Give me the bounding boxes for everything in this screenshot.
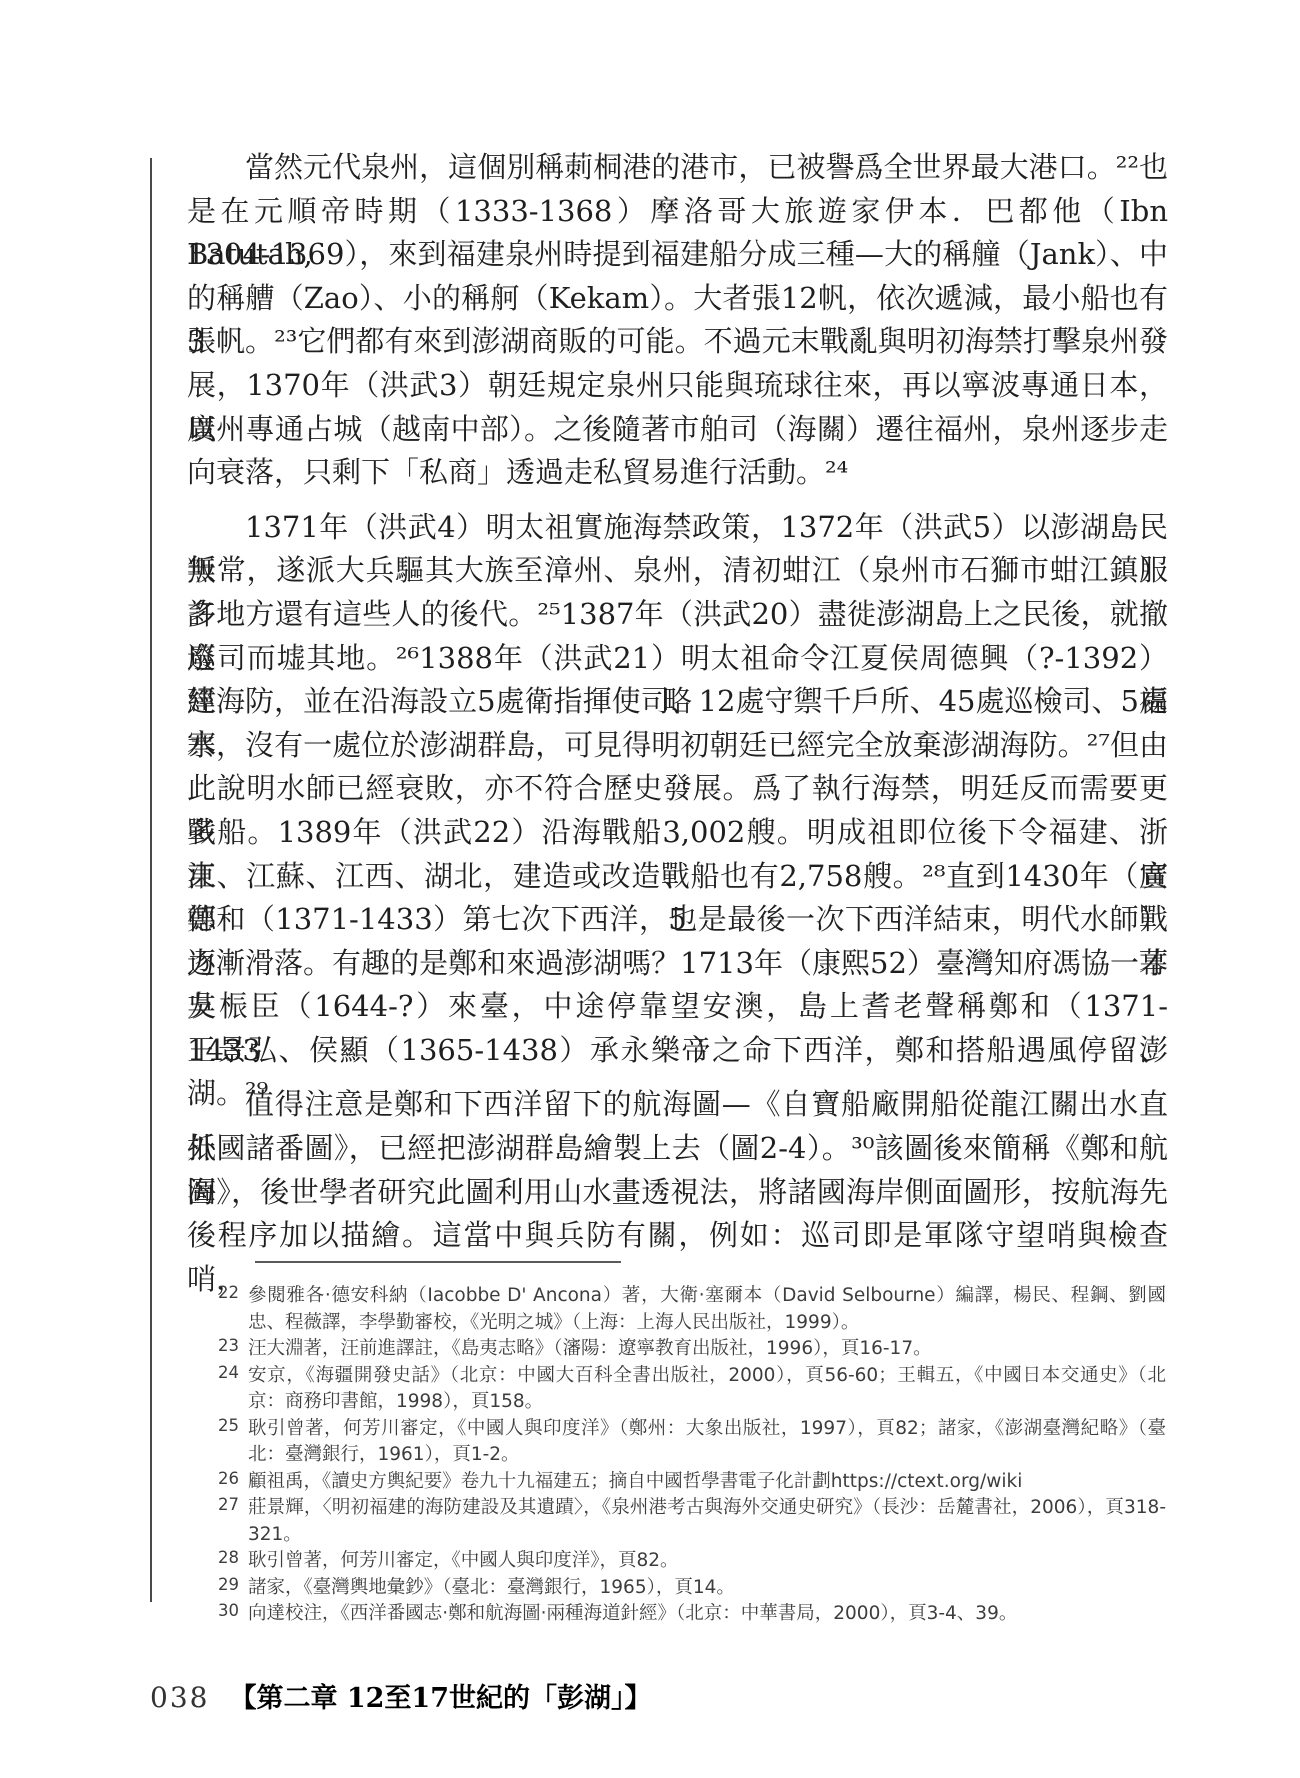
body-line: 此說明水師已經衰敗，亦不符合歷史發展。爲了執行海禁，明廷反而需要更多 xyxy=(187,767,1168,811)
body-line: 建海防，並在沿海設立5處衛指揮使司、12處守禦千戶所、45處巡檢司、5處水 xyxy=(187,680,1168,724)
footnotes: 22參閱雅各·德安科納（Iacobbe D' Ancona）著，大衛·塞爾本（D… xyxy=(218,1283,1166,1628)
paragraph: 值得注意是鄭和下西洋留下的航海圖—《自寶船廠開船從龍江關出水直抵外國諸番圖》，已… xyxy=(187,1083,1168,1257)
footnote-text: 耿引曾著，何芳川審定，《中國人與印度洋》（鄭州：大象出版社，1997），頁82；… xyxy=(248,1418,1166,1466)
footnote: 22參閱雅各·德安科納（Iacobbe D' Ancona）著，大衛·塞爾本（D… xyxy=(218,1283,1166,1336)
footnote-text: 向達校注，《西洋番國志·鄭和航海圖·兩種海道針經》（北京：中華書局，2000），… xyxy=(248,1603,1017,1624)
body-line: 寨，沒有一處位於澎湖群島，可見得明初朝廷已經完全放棄澎湖海防。²⁷但由 xyxy=(187,724,1168,768)
body-line: 戰船。1389年（洪武22）沿海戰船3,002艘。明成祖即位後下令福建、浙江、廣 xyxy=(187,811,1168,855)
body-line: 值得注意是鄭和下西洋留下的航海圖—《自寶船廠開船從龍江關出水直抵 xyxy=(187,1083,1168,1127)
chapter-title: 【第二章 12至17世紀的「彭湖」】 xyxy=(229,1683,651,1714)
paragraph: 1371年（洪武4）明太祖實施海禁政策，1372年（洪武5）以澎湖島民叛服無常，… xyxy=(187,506,1168,1073)
footnote-separator xyxy=(255,1261,621,1263)
body-line: 巡司而墟其地。²⁶1388年（洪武21）明太祖命令江夏侯周德興（?-1392）經… xyxy=(187,637,1168,681)
footnote-number: 25 xyxy=(218,1413,239,1440)
footnote-text: 莊景輝，〈明初福建的海防建設及其遺蹟〉，《泉州港考古與海外交通史研究》（長沙：岳… xyxy=(248,1497,1166,1545)
footnote-text: 耿引曾著，何芳川審定，《中國人與印度洋》，頁82。 xyxy=(248,1550,679,1571)
footnote-number: 22 xyxy=(218,1280,239,1307)
body-line: 是在元順帝時期（1333-1368）摩洛哥大旅遊家伊本．巴都他（Ibn Batu… xyxy=(187,190,1168,234)
body-line: 外國諸番圖》，已經把澎湖群島繪製上去（圖2-4）。³⁰該圖後來簡稱《鄭和航海 xyxy=(187,1127,1168,1171)
footnote-text: 諸家，《臺灣輿地彙鈔》（臺北：臺灣銀行，1965），頁14。 xyxy=(248,1577,735,1598)
footnote-text: 參閱雅各·德安科納（Iacobbe D' Ancona）著，大衛·塞爾本（Dav… xyxy=(248,1285,1166,1333)
footnote: 30向達校注，《西洋番國志·鄭和航海圖·兩種海道針經》（北京：中華書局，2000… xyxy=(218,1601,1166,1628)
footnote: 25耿引曾著，何芳川審定，《中國人與印度洋》（鄭州：大象出版社，1997），頁8… xyxy=(218,1416,1166,1469)
book-page: 當然元代泉州，這個別稱莿桐港的港市，已被譽爲全世界最大港口。²²也是在元順帝時期… xyxy=(0,0,1300,1778)
page-number: 038 xyxy=(150,1681,209,1714)
body-line: 無常，遂派大兵驅其大族至漳州、泉州，清初蚶江（泉州市石獅市蚶江鎮）許 xyxy=(187,549,1168,593)
footnote-text: 安京，《海疆開發史話》（北京：中國大百科全書出版社，2000），頁56-60；王… xyxy=(248,1365,1166,1413)
footnote-number: 29 xyxy=(218,1572,239,1599)
footnote-number: 24 xyxy=(218,1360,239,1387)
footnote-number: 23 xyxy=(218,1333,239,1360)
body-line: 展，1370年（洪武3）朝廷規定泉州只能與琉球往來，再以寧波專通日本，以 xyxy=(187,364,1168,408)
footnote-number: 26 xyxy=(218,1466,239,1493)
footnote: 26顧祖禹，《讀史方輿紀要》卷九十九福建五；摘自中國哲學書電子化計劃https:… xyxy=(218,1469,1166,1496)
body-line: 的稱艚（Zao）、小的稱舸（Kekam）。大者張12帆，依次遞減，最小船也有3 xyxy=(187,277,1168,321)
paragraph: 當然元代泉州，這個別稱莿桐港的港市，已被譽爲全世界最大港口。²²也是在元順帝時期… xyxy=(187,146,1168,495)
margin-rule xyxy=(150,158,152,1602)
footnote-text: 汪大淵著，汪前進譯註，《島夷志略》（瀋陽：遼寧教育出版社，1996），頁16-1… xyxy=(248,1338,932,1359)
footnote: 27莊景輝，〈明初福建的海防建設及其遺蹟〉，《泉州港考古與海外交通史研究》（長沙… xyxy=(218,1495,1166,1548)
footnote: 24安京，《海疆開發史話》（北京：中國大百科全書出版社，2000），頁56-60… xyxy=(218,1363,1166,1416)
footnote: 28耿引曾著，何芳川審定，《中國人與印度洋》，頁82。 xyxy=(218,1548,1166,1575)
body-line: 當然元代泉州，這個別稱莿桐港的港市，已被譽爲全世界最大港口。²²也 xyxy=(187,146,1168,190)
body-line: 向衰落，只剩下「私商」透過走私貿易進行活動。²⁴ xyxy=(187,451,1168,495)
body-line: 東、江蘇、江西、湖北，建造或改造戰船也有2,758艘。²⁸直到1430年（宣德5… xyxy=(187,855,1168,899)
body-line: 王景弘、侯顯（1365-1438）承永樂帝之命下西洋，鄭和搭船遇風停留澎湖。²⁹ xyxy=(187,1029,1168,1073)
body-line: 吳桭臣（1644-?）來臺，中途停靠望安澳，島上耆老聲稱鄭和（1371-1433… xyxy=(187,985,1168,1029)
footnote: 23汪大淵著，汪前進譯註，《島夷志略》（瀋陽：遼寧教育出版社，1996），頁16… xyxy=(218,1336,1166,1363)
footnote-number: 28 xyxy=(218,1545,239,1572)
footnote: 29諸家，《臺灣輿地彙鈔》（臺北：臺灣銀行，1965），頁14。 xyxy=(218,1575,1166,1602)
body-line: 多地方還有這些人的後代。²⁵1387年（洪武20）盡徙澎湖島上之民後，就撤廢 xyxy=(187,593,1168,637)
footnote-number: 27 xyxy=(218,1492,239,1519)
page-footer: 038【第二章 12至17世紀的「彭湖」】 xyxy=(150,1676,652,1715)
footnote-text: 顧祖禹，《讀史方輿紀要》卷九十九福建五；摘自中國哲學書電子化計劃https://… xyxy=(248,1471,1022,1492)
body-line: 圖》，後世學者研究此圖利用山水畫透視法，將諸國海岸側面圖形，按航海先 xyxy=(187,1171,1168,1215)
body-line: 張帆。²³它們都有來到澎湖商販的可能。不過元末戰亂與明初海禁打擊泉州發 xyxy=(187,320,1168,364)
body-line: 逐漸滑落。有趣的是鄭和來過澎湖嗎？1713年（康熙52）臺灣知府馮協一幕友 xyxy=(187,942,1168,986)
body-line: 廣州專通占城（越南中部）。之後隨著市舶司（海關）遷往福州，泉州逐步走 xyxy=(187,408,1168,452)
body-text: 當然元代泉州，這個別稱莿桐港的港市，已被譽爲全世界最大港口。²²也是在元順帝時期… xyxy=(187,146,1168,1258)
body-line: 1371年（洪武4）明太祖實施海禁政策，1372年（洪武5）以澎湖島民叛服 xyxy=(187,506,1168,550)
body-line: 1304-1369），來到福建泉州時提到福建船分成三種—大的稱艟（Jank）、中 xyxy=(187,233,1168,277)
body-line: 後程序加以描繪。這當中與兵防有關，例如：巡司即是軍隊守望哨與檢查哨， xyxy=(187,1214,1168,1258)
footnote-number: 30 xyxy=(218,1598,239,1625)
body-line: 鄭和（1371-1433）第七次下西洋，也是最後一次下西洋結束，明代水師戰力才 xyxy=(187,898,1168,942)
